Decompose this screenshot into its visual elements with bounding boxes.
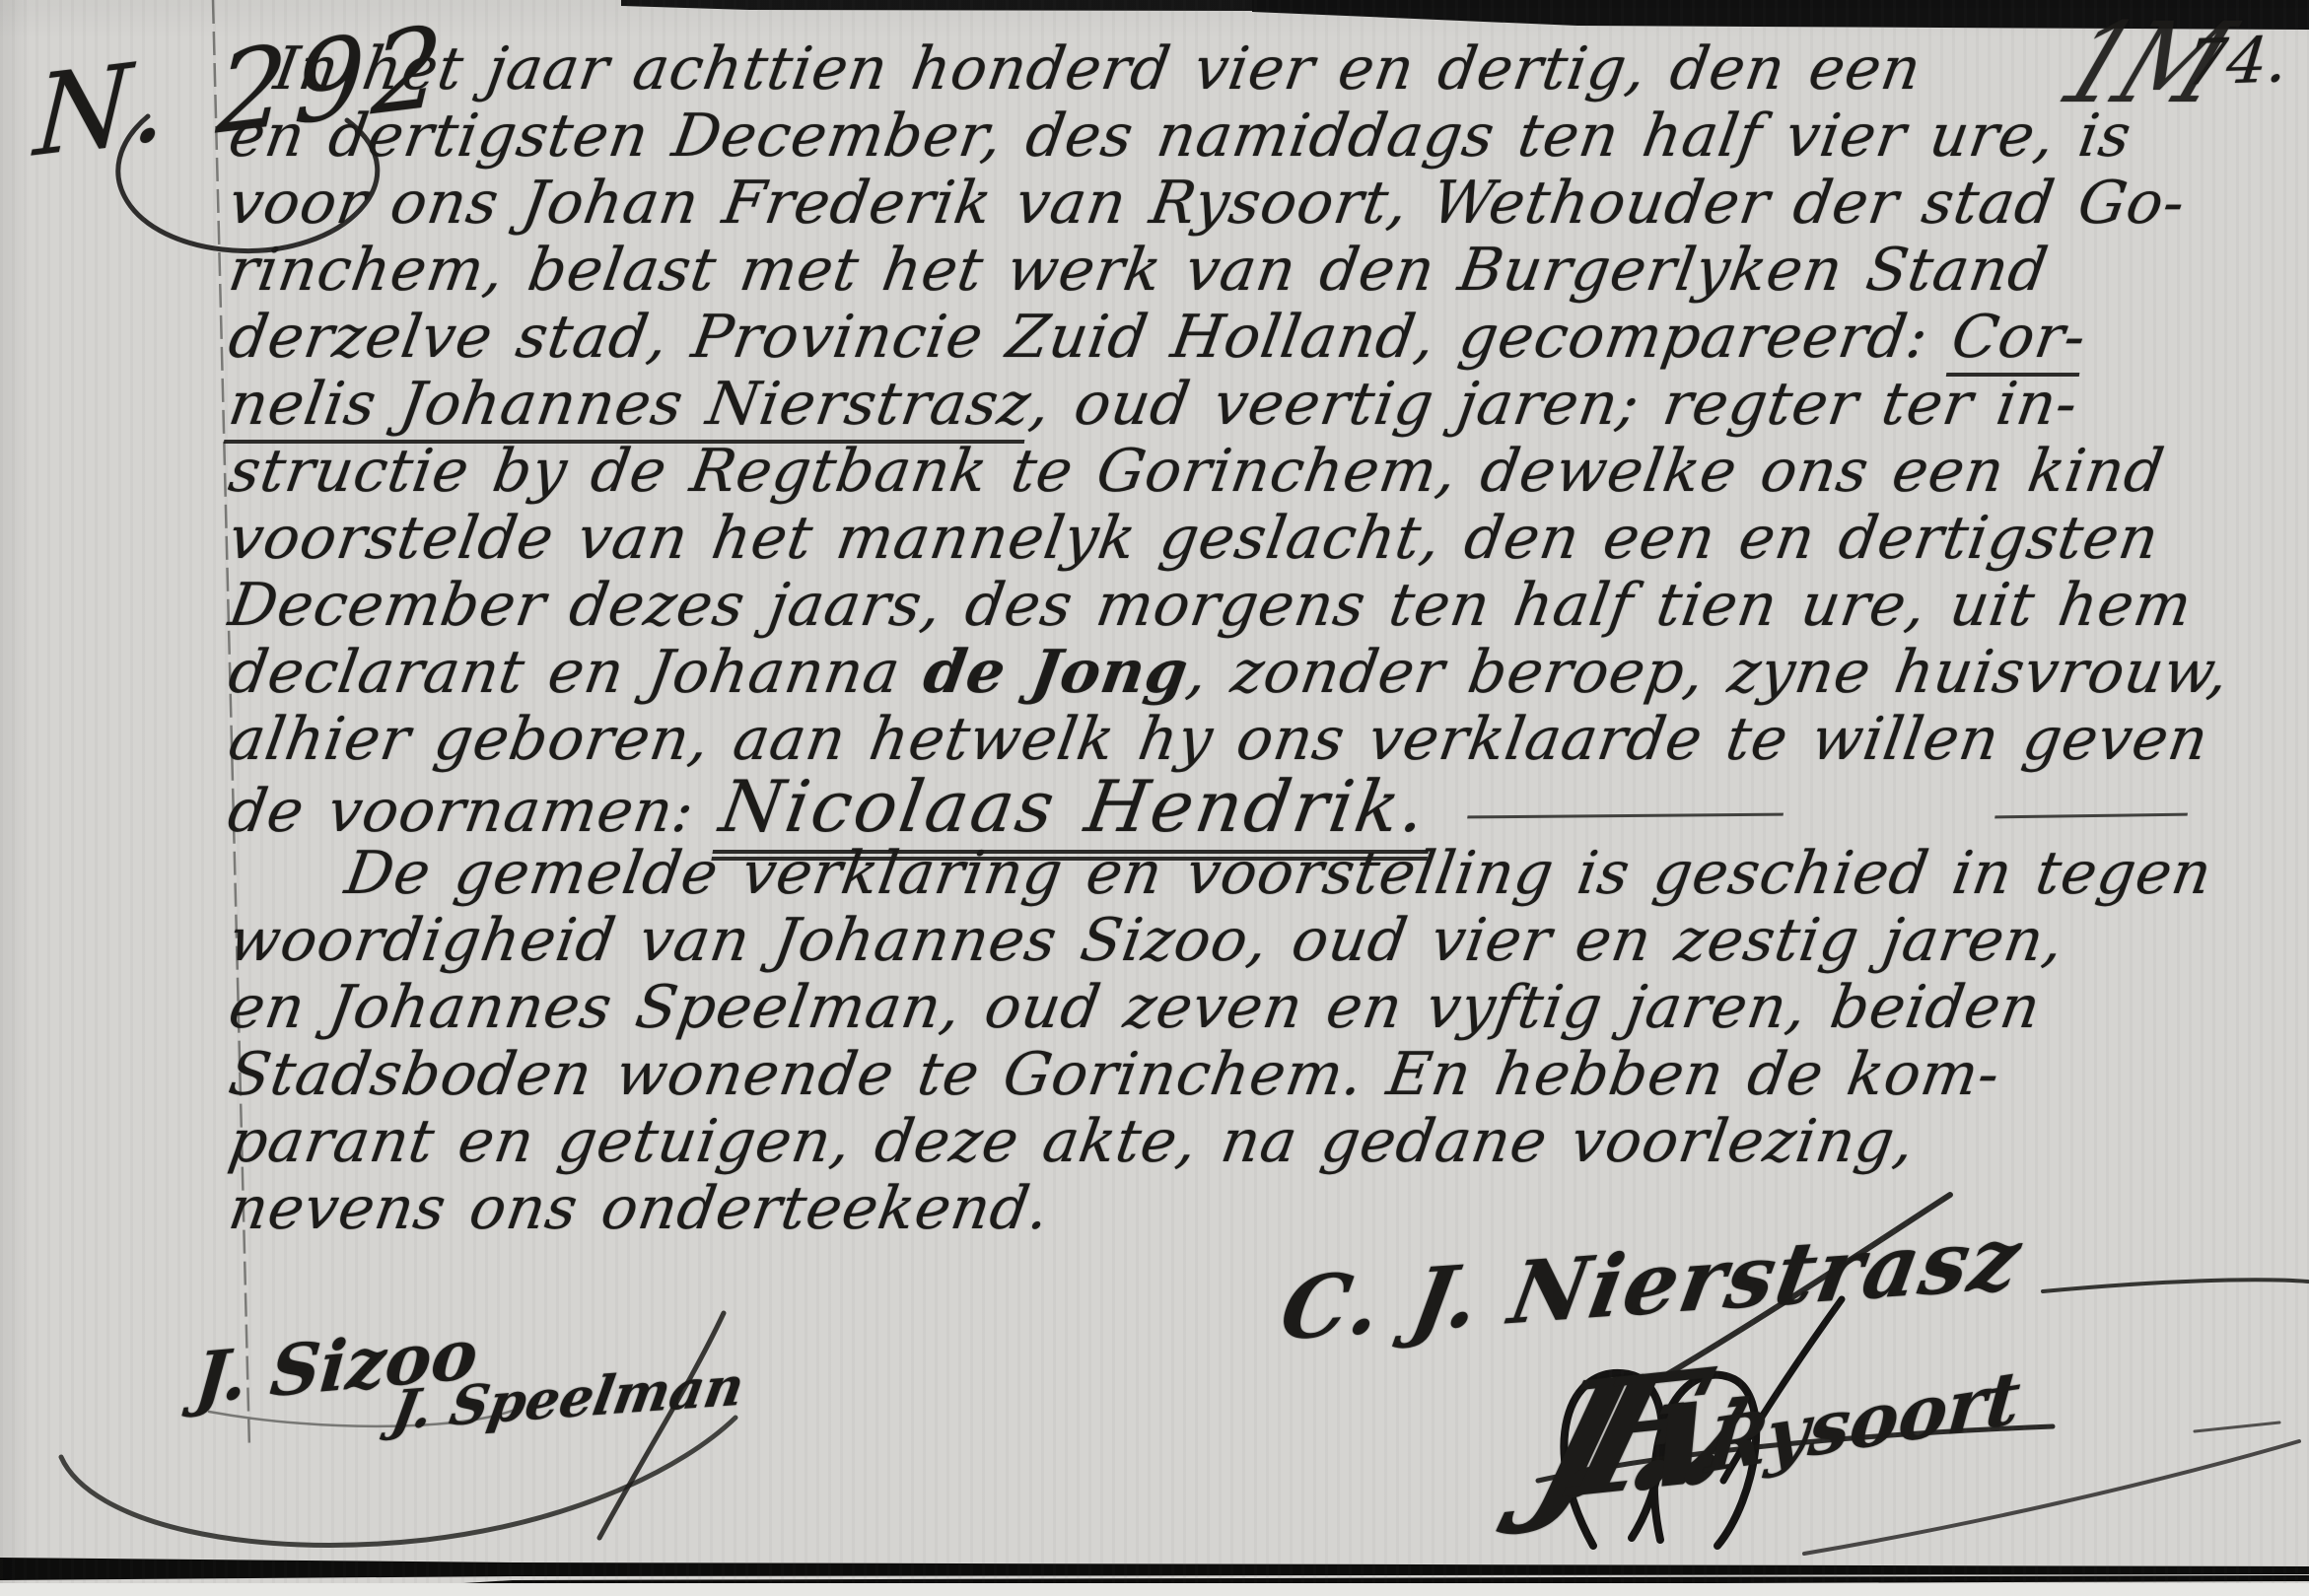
- act-line-segment: derzelve stad, Provincie Zuid Holland, g…: [225, 303, 1959, 372]
- scan-bottom-strip: [0, 1583, 2309, 1596]
- act-line-3: voor ons Johan Frederik van Rysoort, Wet…: [225, 170, 2309, 237]
- mother-surname: de Jong: [919, 638, 1193, 707]
- act-line-8: voorstelde van het mannelyk geslacht, de…: [225, 505, 2309, 572]
- act-line-14: woordigheid van Johannes Sizoo, oud vier…: [225, 907, 2309, 974]
- act-line-17: parant en getuigen, deze akte, na gedane…: [225, 1108, 2309, 1175]
- act-line-12: de voornamen: Nicolaas Hendrik.: [225, 773, 2309, 840]
- scan-edge-artifact-top: [621, 0, 1252, 11]
- signature-flourish: [2195, 1423, 2279, 1431]
- underlined-name-start: Cor-: [1946, 303, 2091, 377]
- act-line-10: declarant en Johanna de Jong, zonder ber…: [225, 639, 2309, 706]
- signature-rysoort-initials: J.F.v.: [1517, 1334, 1728, 1539]
- filler-rule: [1467, 813, 1784, 819]
- signature-rysoort-surname: Rysoort: [1703, 1354, 2023, 1490]
- filler-rule: [1994, 813, 2188, 819]
- signature-flourish: [2043, 1280, 2308, 1291]
- underlined-name-nierstrasz: nelis Johannes Nierstrasz: [224, 370, 1036, 444]
- signature-rysoort: J.F.v.Rysoort: [1535, 1305, 2021, 1536]
- act-line-5: derzelve stad, Provincie Zuid Holland, g…: [225, 304, 2309, 371]
- act-line-1: In het jaar achttien honderd vier en der…: [225, 35, 2309, 103]
- act-line-segment: declarant en Johanna: [225, 638, 931, 707]
- act-line-16: Stadsboden wonende te Gorinchem. En hebb…: [225, 1041, 2309, 1108]
- act-line-6: nelis Johannes Nierstrasz, oud veertig j…: [225, 371, 2309, 438]
- scan-edge-artifact-bottom: [0, 1558, 2309, 1580]
- act-line-segment: , zonder beroep, zyne huisvrouw,: [1182, 638, 2234, 707]
- act-line-2: en dertigsten December, des namiddags te…: [225, 103, 2309, 170]
- act-line-4: rinchem, belast met het werk van den Bur…: [225, 237, 2309, 304]
- act-line-9: December dezes jaars, des morgens ten ha…: [225, 572, 2309, 639]
- act-line-15: en Johannes Speelman, oud zeven en vyfti…: [225, 974, 2309, 1041]
- act-text: In het jaar achttien honderd vier en der…: [229, 35, 2309, 1242]
- act-line-7: structie by de Regtbank te Gorinchem, de…: [225, 438, 2309, 505]
- birth-record-scan: N. 292 1M 74. In het jaar achttien honde…: [0, 0, 2309, 1596]
- act-line-segment: , oud veertig jaren; regter ter in-: [1025, 370, 2083, 439]
- act-line-11: alhier geboren, aan hetwelk hy ons verkl…: [225, 706, 2309, 773]
- act-line-13: De gemelde verklaring en voorstelling is…: [225, 840, 2309, 907]
- act-line-segment: de voornamen:: [224, 777, 725, 846]
